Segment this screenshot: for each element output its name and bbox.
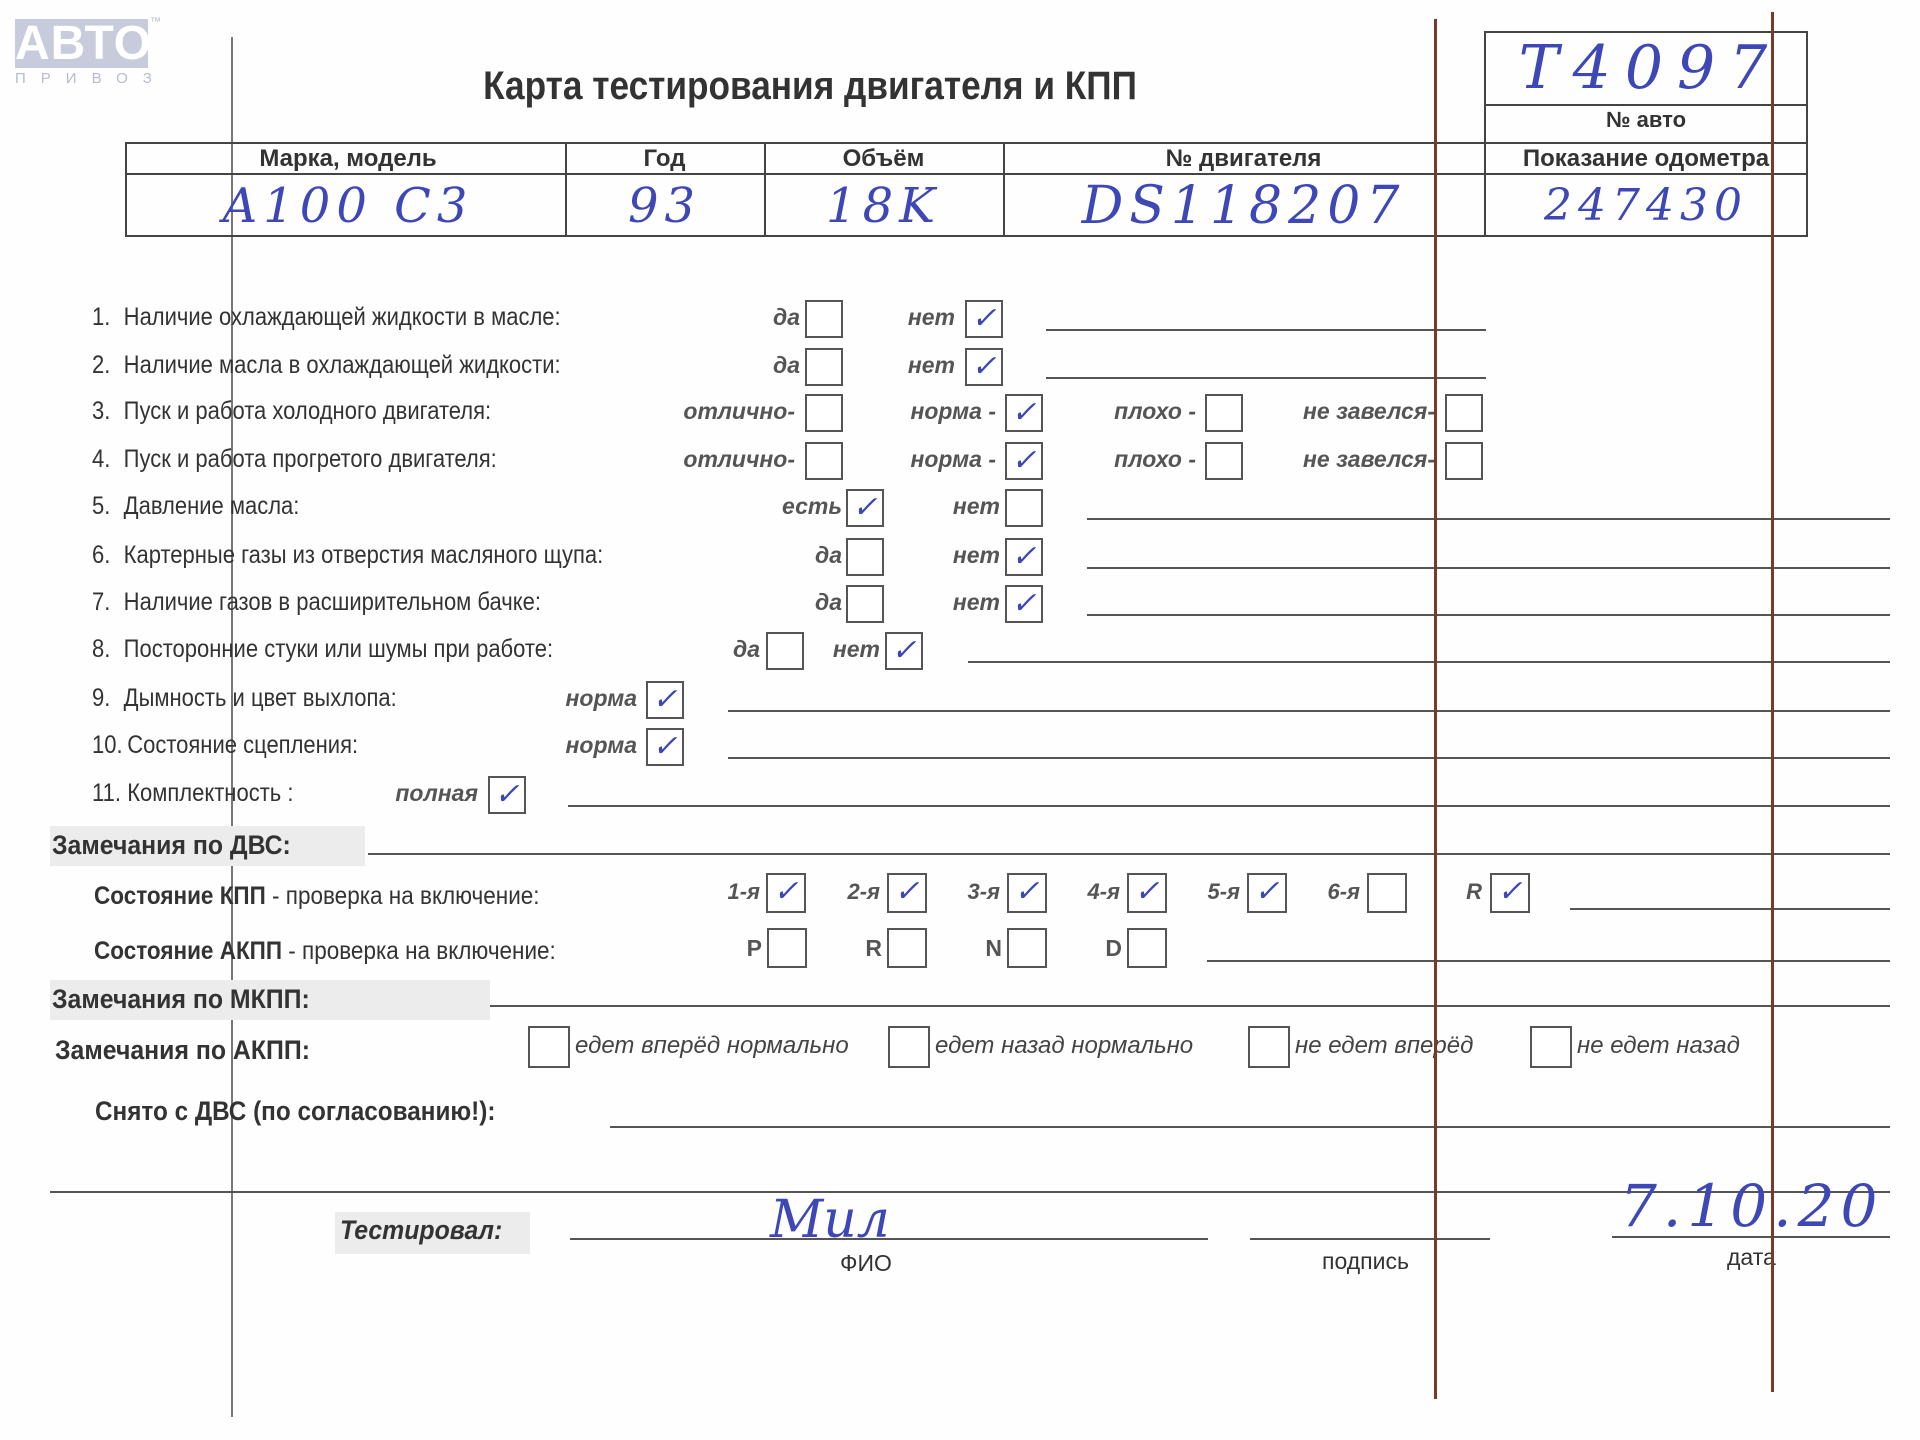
item-number: 11. (92, 779, 127, 808)
checklist-item: 1.Наличие охлаждающей жидкости в масле: (92, 303, 561, 332)
option-checkbox[interactable] (1445, 442, 1483, 480)
option-label: нет (680, 636, 880, 663)
gear-label: R (1382, 879, 1482, 905)
auto-gearbox-label-bold: Состояние АКПП (94, 937, 282, 965)
option-checkbox[interactable]: ✓ (965, 300, 1003, 338)
auto-remark-label: едет вперёд нормально (575, 1032, 849, 1060)
check-mark-icon: ✓ (1007, 587, 1041, 621)
item-number: 9. (92, 684, 124, 713)
remarks-auto-label: Замечания по АКПП: (55, 1035, 310, 1066)
removed-label-rest: (по согласованию!): (246, 1096, 495, 1126)
gear-checkbox[interactable]: ✓ (1490, 873, 1530, 913)
table-header-cell: Объём (764, 144, 1003, 174)
check-mark-icon: ✓ (648, 683, 682, 717)
auto-gearbox-note-field[interactable] (1207, 960, 1890, 962)
option-label: норма (437, 732, 637, 759)
checklist-item: 3.Пуск и работа холодного двигателя: (92, 397, 491, 426)
auto-remark-checkbox[interactable] (1530, 1026, 1572, 1068)
checklist-item: 11.Комплектность : (92, 779, 293, 808)
option-checkbox[interactable]: ✓ (1005, 585, 1043, 623)
option-checkbox[interactable] (1005, 489, 1043, 527)
checklist-item: 9.Дымность и цвет выхлопа: (92, 684, 397, 713)
table-value-cell[interactable]: 93 (565, 177, 764, 235)
item-label: Состояние сцепления: (127, 731, 358, 759)
option-checkbox[interactable]: ✓ (488, 776, 526, 814)
check-mark-icon: ✓ (887, 634, 921, 668)
page-title: Карта тестирования двигателя и КПП (476, 64, 1145, 109)
gear-label: 1-я (660, 879, 760, 905)
option-checkbox[interactable] (1445, 394, 1483, 432)
option-checkbox[interactable]: ✓ (646, 681, 684, 719)
auto-remark-label: не едет вперёд (1295, 1032, 1473, 1060)
car-number-label: № авто (1484, 107, 1808, 133)
option-label: норма (437, 685, 637, 712)
gear-label: 2-я (780, 879, 880, 905)
option-label: норма - (796, 398, 996, 425)
date-caption: дата (1727, 1244, 1776, 1271)
date-field[interactable] (1612, 1236, 1890, 1238)
mode-checkbox[interactable] (1007, 928, 1047, 968)
auto-gearbox-label: Состояние АКПП - проверка на включение: (94, 937, 556, 966)
table-border (1484, 104, 1808, 106)
date-value[interactable]: 7.10.20 (1620, 1172, 1883, 1240)
item-label: Наличие газов в расширительном бачке: (124, 588, 541, 616)
removed-label-bold: Снято с ДВС (95, 1096, 246, 1126)
manual-gearbox-label-bold: Состояние КПП (94, 882, 266, 910)
option-label: нет (755, 352, 955, 379)
check-mark-icon: ✓ (490, 778, 524, 812)
item-label: Посторонние стуки или шумы при работе: (124, 635, 553, 663)
table-header-cell: Марка, модель (131, 144, 565, 174)
signature-field[interactable] (1250, 1238, 1490, 1240)
mode-label: R (822, 935, 882, 962)
item-label: Комплектность : (127, 779, 293, 807)
item-label: Пуск и работа прогретого двигателя: (124, 445, 497, 473)
table-value-cell[interactable]: A100 C3 (131, 177, 565, 235)
option-label: нет (800, 589, 1000, 616)
item-label: Давление масла: (124, 492, 300, 520)
check-mark-icon: ✓ (648, 730, 682, 764)
auto-gearbox-label-rest: - проверка на включение: (282, 937, 556, 965)
logo: АВТО (15, 19, 148, 68)
table-border (125, 142, 127, 235)
item-number: 5. (92, 492, 124, 521)
comment-field[interactable] (728, 710, 1890, 712)
auto-remark-checkbox[interactable] (888, 1026, 930, 1068)
logo-trademark: ™ (150, 16, 161, 28)
option-checkbox[interactable]: ✓ (965, 348, 1003, 386)
option-label: нет (800, 493, 1000, 520)
option-checkbox[interactable]: ✓ (1005, 538, 1043, 576)
option-label: отлично- (595, 398, 795, 425)
mode-label: P (702, 935, 762, 962)
item-number: 3. (92, 397, 124, 426)
manual-gearbox-label-rest: - проверка на включение: (266, 882, 540, 910)
gear-label: 5-я (1140, 879, 1240, 905)
tested-by-label: Тестировал: (340, 1215, 502, 1246)
option-label: не завелся- (1235, 398, 1435, 425)
checklist-item: 4.Пуск и работа прогретого двигателя: (92, 445, 497, 474)
tester-name-value[interactable]: Мил (770, 1190, 890, 1250)
remarks-engine-field[interactable] (368, 853, 1890, 855)
option-label: не завелся- (1235, 446, 1435, 473)
comment-field[interactable] (728, 757, 1890, 759)
removed-field[interactable] (610, 1126, 1890, 1128)
mode-checkbox[interactable] (767, 928, 807, 968)
option-checkbox[interactable]: ✓ (646, 728, 684, 766)
checklist-item: 8.Посторонние стуки или шумы при работе: (92, 635, 553, 664)
table-value-cell[interactable]: 247430 (1484, 177, 1808, 235)
checklist-item: 5.Давление масла: (92, 492, 299, 521)
comment-field[interactable] (1087, 614, 1890, 616)
option-checkbox[interactable]: ✓ (885, 632, 923, 670)
gear-label: 3-я (900, 879, 1000, 905)
auto-remark-checkbox[interactable] (1248, 1026, 1290, 1068)
mode-label: D (1062, 935, 1122, 962)
item-number: 7. (92, 588, 124, 617)
item-label: Дымность и цвет выхлопа: (124, 684, 397, 712)
auto-remark-label: едет назад нормально (935, 1032, 1193, 1060)
checklist-item: 7.Наличие газов в расширительном бачке: (92, 588, 541, 617)
tester-name-field[interactable] (570, 1238, 1208, 1240)
signature-caption: подпись (1322, 1248, 1409, 1275)
gear-label: 6-я (1260, 879, 1360, 905)
option-label: норма - (796, 446, 996, 473)
remarks-manual-field[interactable] (490, 1005, 1890, 1007)
item-number: 10. (92, 731, 127, 760)
table-header-cell: Год (565, 144, 764, 174)
item-label: Пуск и работа холодного двигателя: (124, 397, 491, 425)
item-label: Картерные газы из отверстия масляного щу… (124, 541, 604, 569)
item-number: 2. (92, 351, 124, 380)
option-label: нет (800, 542, 1000, 569)
comment-field[interactable] (1046, 377, 1486, 379)
option-label: плохо - (996, 446, 1196, 473)
mode-checkbox[interactable] (887, 928, 927, 968)
item-number: 4. (92, 445, 124, 474)
table-value-cell[interactable]: DS118207 (1003, 177, 1484, 235)
option-label: отлично- (595, 446, 795, 473)
table-border (125, 235, 1808, 237)
checklist-item: 6.Картерные газы из отверстия масляного … (92, 541, 603, 570)
option-label: полная (278, 780, 478, 807)
check-mark-icon: ✓ (1492, 875, 1528, 909)
manual-gearbox-label: Состояние КПП - проверка на включение: (94, 882, 540, 911)
manual-gearbox-note-field[interactable] (1570, 908, 1890, 910)
car-number-value[interactable]: T4097 (1500, 33, 1800, 103)
checklist-item: 10.Состояние сцепления: (92, 731, 358, 760)
check-mark-icon: ✓ (967, 350, 1001, 384)
auto-remark-label: не едет назад (1577, 1032, 1740, 1060)
comment-field[interactable] (1087, 518, 1890, 520)
item-label: Наличие охлаждающей жидкости в масле: (124, 303, 561, 331)
item-number: 8. (92, 635, 124, 664)
item-number: 1. (92, 303, 124, 332)
checklist-item: 2.Наличие масла в охлаждающей жидкости: (92, 351, 561, 380)
mode-checkbox[interactable] (1127, 928, 1167, 968)
auto-remark-checkbox[interactable] (528, 1026, 570, 1068)
option-label: плохо - (996, 398, 1196, 425)
check-mark-icon: ✓ (1007, 540, 1041, 574)
option-label: нет (755, 304, 955, 331)
item-label: Наличие масла в охлаждающей жидкости: (124, 351, 561, 379)
section-divider (50, 1191, 1890, 1193)
logo-subtitle: ПРИВОЗ (15, 70, 148, 87)
table-header-cell: Показание одометра (1484, 144, 1808, 174)
table-value-cell[interactable]: 18K (764, 177, 1003, 235)
comment-field[interactable] (1087, 567, 1890, 569)
item-number: 6. (92, 541, 124, 570)
check-mark-icon: ✓ (967, 302, 1001, 336)
mode-label: N (942, 935, 1002, 962)
comment-field[interactable] (1046, 329, 1486, 331)
removed-label: Снято с ДВС (по согласованию!): (95, 1096, 495, 1127)
table-header-cell: № двигателя (1003, 144, 1484, 174)
remarks-manual-label: Замечания по МКПП: (52, 984, 310, 1015)
scan-line (1434, 19, 1437, 1399)
scan-line (1771, 12, 1774, 1392)
scan-line (231, 37, 233, 1417)
gear-label: 4-я (1020, 879, 1120, 905)
comment-field[interactable] (968, 661, 1890, 663)
comment-field[interactable] (568, 805, 1890, 807)
remarks-engine-label: Замечания по ДВС: (52, 830, 291, 861)
name-caption: ФИО (840, 1250, 892, 1277)
